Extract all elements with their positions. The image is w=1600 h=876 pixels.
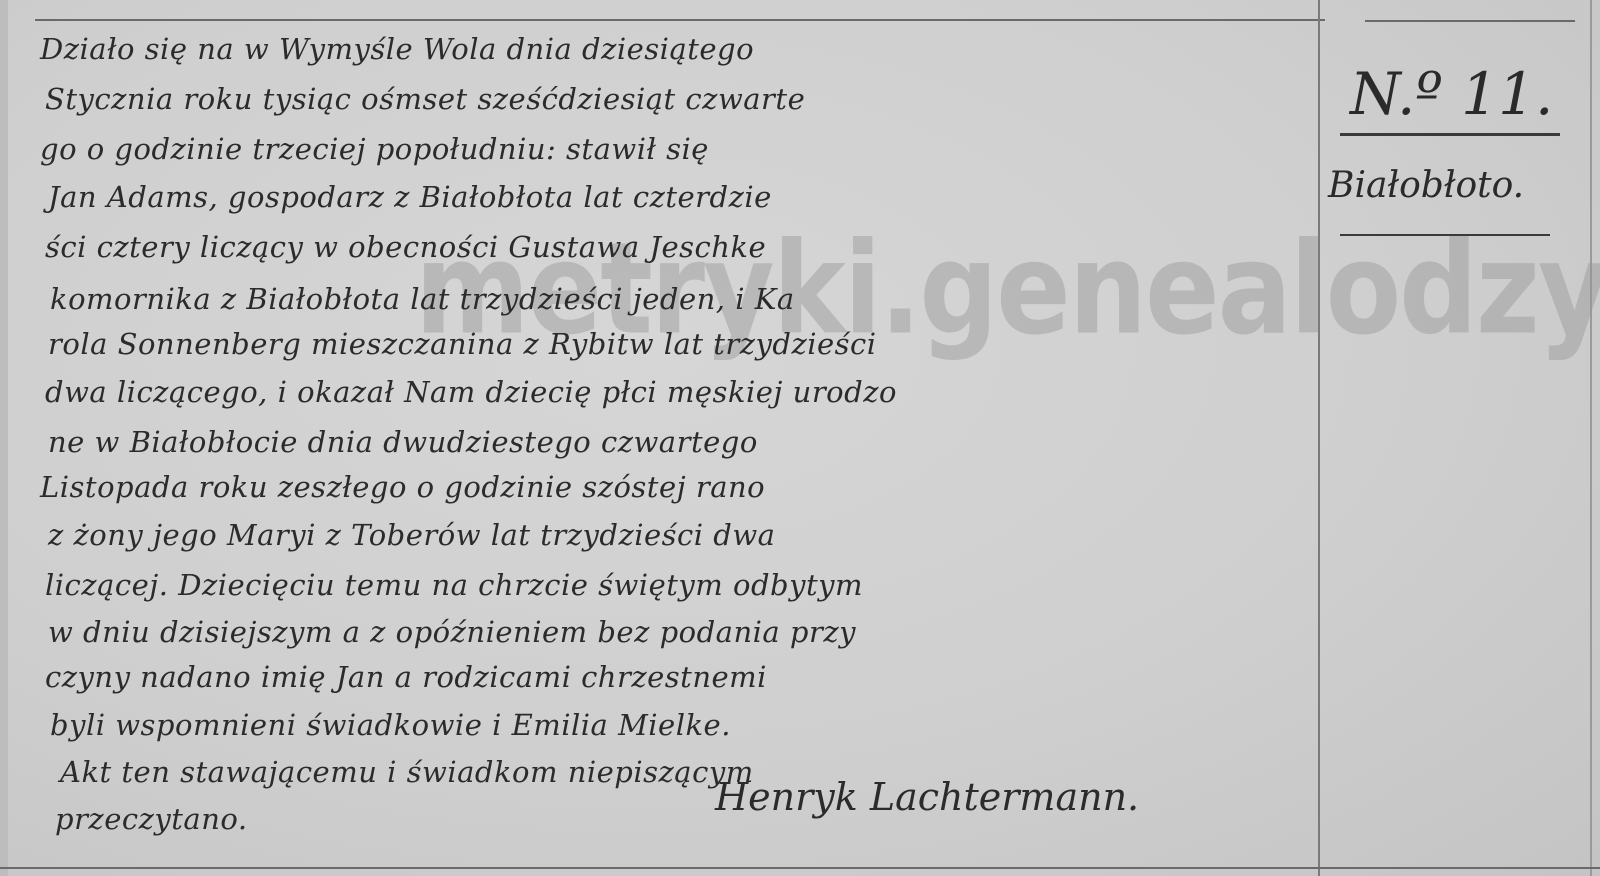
- margin-place-underline: [1340, 234, 1550, 236]
- record-line: ści cztery liczący w obecności Gustawa J…: [45, 230, 766, 264]
- officiant-signature: Henryk Lachtermann.: [715, 775, 1139, 819]
- record-number-underline: [1340, 133, 1560, 136]
- record-line: go o godzinie trzeciej popołudniu: stawi…: [40, 132, 709, 166]
- record-number: N.º 11.: [1350, 60, 1553, 128]
- record-line: byli wspomnieni świadkowie i Emilia Miel…: [50, 708, 731, 742]
- record-line: Działo się na w Wymyśle Wola dnia dziesi…: [40, 32, 754, 66]
- record-line: w dniu dzisiejszym a z opóźnieniem bez p…: [48, 615, 856, 649]
- margin-column-divider: [1318, 0, 1320, 876]
- record-line: komornika z Białobłota lat trzydzieści j…: [50, 282, 795, 316]
- record-line: ne w Białobłocie dnia dwudziestego czwar…: [48, 425, 758, 459]
- right-edge-line: [1590, 0, 1592, 876]
- record-line: czyny nadano imię Jan a rodzicami chrzes…: [45, 660, 767, 694]
- top-ruled-line-margin: [1365, 20, 1575, 22]
- record-line: Jan Adams, gospodarz z Białobłota lat cz…: [48, 180, 772, 214]
- record-line: liczącej. Dziecięciu temu na chrzcie świ…: [45, 568, 863, 602]
- record-line: dwa liczącego, i okazał Nam dziecię płci…: [45, 375, 897, 409]
- record-line: rola Sonnenberg mieszczanina z Rybitw la…: [48, 327, 877, 361]
- top-ruled-line: [35, 19, 1325, 21]
- scanned-register-page: metryki.genealodzy.pl Działo się na w Wy…: [0, 0, 1600, 876]
- bottom-ruled-line: [0, 867, 1600, 869]
- margin-place-name: Białobłoto.: [1328, 165, 1524, 206]
- record-line: Stycznia roku tysiąc ośmset sześćdziesią…: [45, 82, 805, 116]
- record-line: Listopada roku zeszłego o godzinie szóst…: [40, 470, 765, 504]
- page-edge: [0, 0, 8, 876]
- record-line: z żony jego Maryi z Toberów lat trzydzie…: [48, 518, 775, 552]
- record-line: przeczytano.: [55, 802, 248, 836]
- record-line: Akt ten stawającemu i świadkom niepisząc…: [60, 755, 754, 789]
